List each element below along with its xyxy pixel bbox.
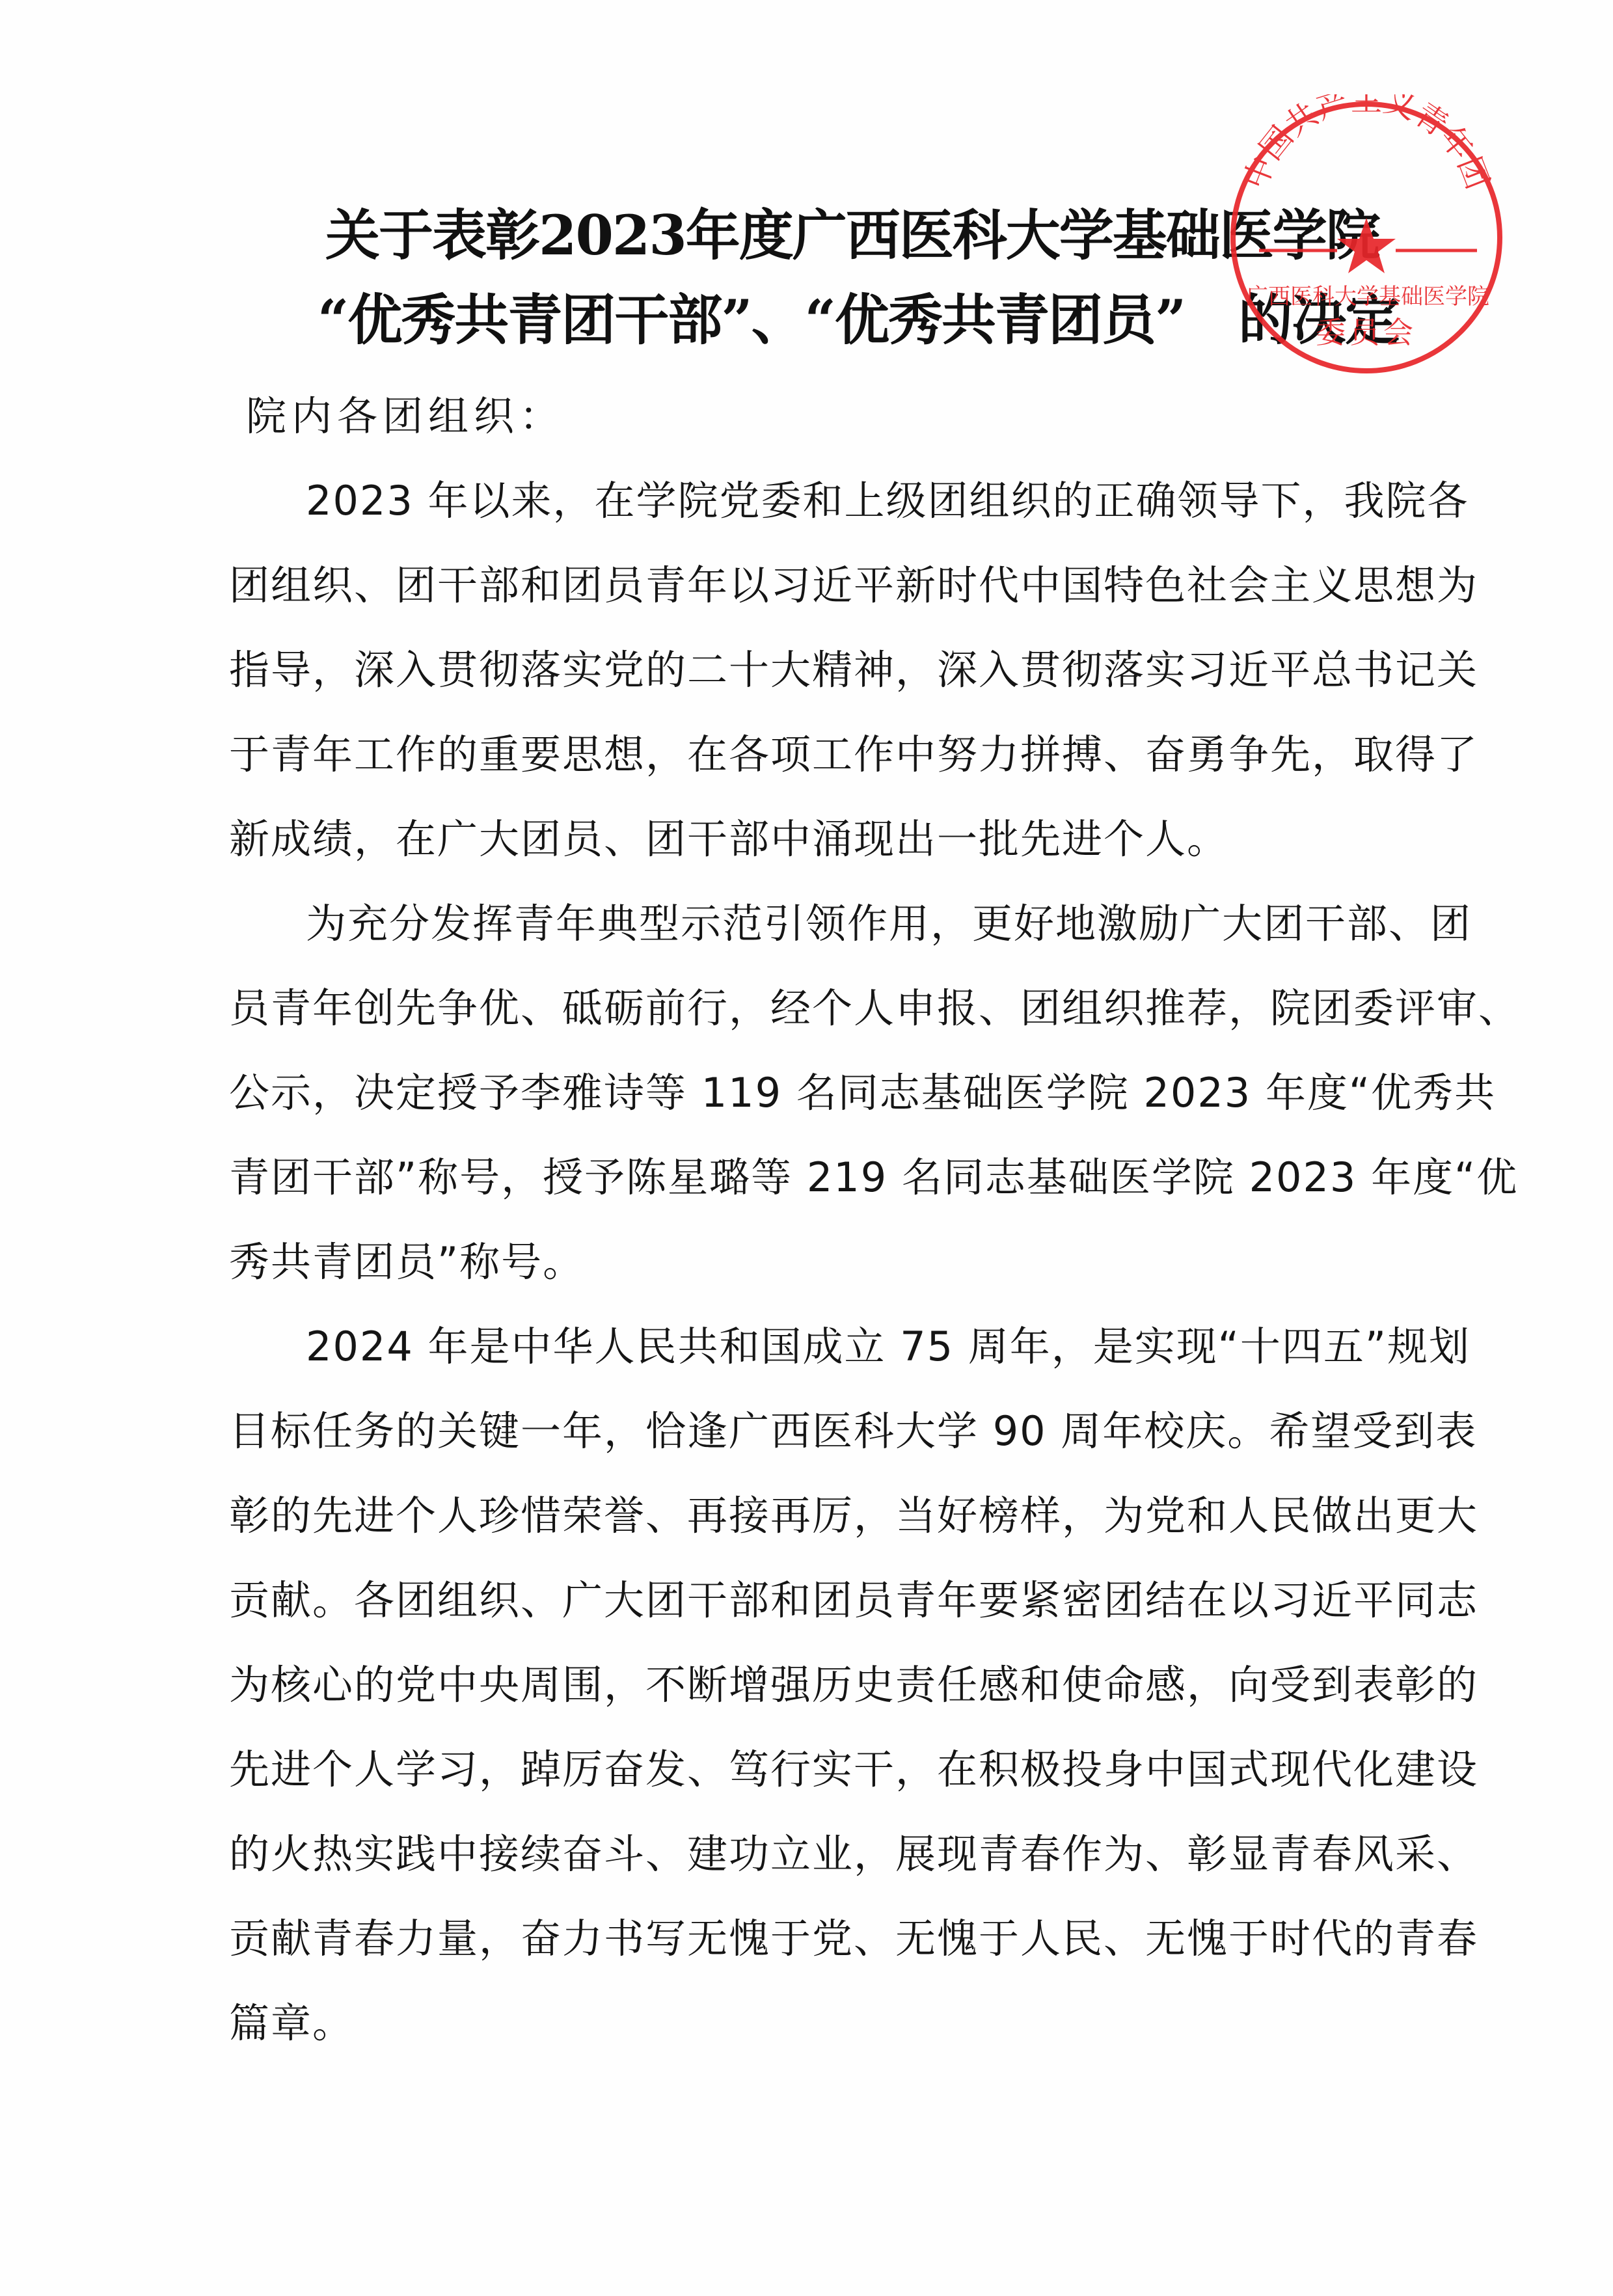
title-line-1: 关于表彰2023年度广西医科大学基础医学院: [325, 203, 1340, 268]
paragraph-line: 公示，决定授予李雅诗等 119 名同志基础医学院 2023 年度“优秀共: [229, 1067, 1355, 1119]
paragraph-line: 2023 年以来，在学院党委和上级团组织的正确领导下，我院各: [306, 475, 1355, 527]
paragraph-line: 于青年工作的重要思想，在各项工作中努力拼搏、奋勇争先，取得了: [229, 729, 1355, 781]
document-page: 关于表彰2023年度广西医科大学基础医学院 “优秀共青团干部”、“优秀共青团员”…: [0, 0, 1613, 2296]
official-seal: 中国共产主义青年团 广西医科大学基础医学院 委员会: [1223, 94, 1510, 381]
paragraph-line: 为充分发挥青年典型示范引领作用，更好地激励广大团干部、团: [306, 898, 1355, 950]
seal-bottom-text: 委员会: [1316, 315, 1417, 350]
seal-outer-text: 中国共产主义青年团: [1237, 94, 1496, 194]
paragraph-line: 指导，深入贯彻落实党的二十大精神，深入贯彻落实习近平总书记关: [229, 644, 1355, 696]
paragraph-line: 篇章。: [229, 1997, 1355, 2049]
paragraph-line: 青团干部”称号，授予陈星璐等 219 名同志基础医学院 2023 年度“优: [229, 1152, 1355, 1204]
paragraph-line: 贡献。各团组织、广大团干部和团员青年要紧密团结在以习近平同志: [229, 1574, 1355, 1627]
salutation: 院内各团组织：: [246, 390, 565, 442]
paragraph-line: 的火热实践中接续奋斗、建功立业，展现青春作为、彰显青春风采、: [229, 1828, 1355, 1880]
paragraph-line: 秀共青团员”称号。: [229, 1236, 1355, 1288]
paragraph-line: 贡献青春力量，奋力书写无愧于党、无愧于人民、无愧于时代的青春: [229, 1913, 1355, 1965]
paragraph-line: 2024 年是中华人民共和国成立 75 周年，是实现“十四五”规划: [306, 1321, 1355, 1373]
paragraph-line: 为核心的党中央周围，不断增强历史责任感和使命感，向受到表彰的: [229, 1659, 1355, 1711]
paragraph-line: 员青年创先争优、砥砺前行，经个人申报、团组织推荐，院团委评审、: [229, 982, 1355, 1034]
paragraph-line: 新成绩，在广大团员、团干部中涌现出一批先进个人。: [229, 813, 1355, 865]
paragraph-line: 彰的先进个人珍惜荣誉、再接再厉，当好榜样，为党和人民做出更大: [229, 1490, 1355, 1542]
paragraph-line: 目标任务的关键一年，恰逢广西医科大学 90 周年校庆。希望受到表: [229, 1405, 1355, 1457]
paragraph-line: 团组织、团干部和团员青年以习近平新时代中国特色社会主义思想为: [229, 560, 1355, 612]
paragraph-line: 先进个人学习，踔厉奋发、笃行实干，在积极投身中国式现代化建设: [229, 1744, 1355, 1796]
star-icon: [1337, 218, 1396, 273]
seal-inner-text: 广西医科大学基础医学院: [1246, 284, 1489, 310]
title-line-2: “优秀共青团干部”、“优秀共青团员” 的决定: [318, 288, 1333, 353]
